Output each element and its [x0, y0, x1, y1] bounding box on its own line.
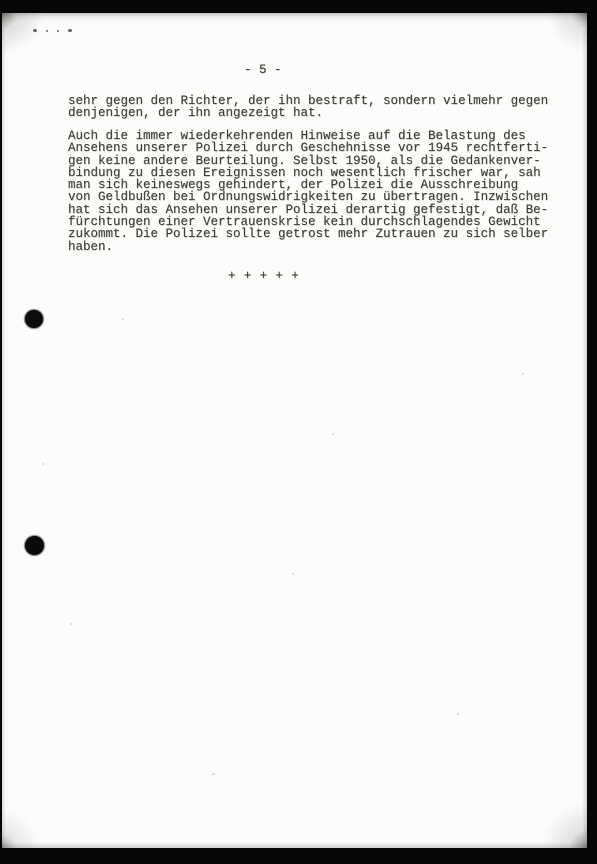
- scan-noise-speck: [522, 373, 524, 375]
- document-page: - 5 - sehr gegen den Richter, der ihn be…: [2, 13, 587, 848]
- paragraph: sehr gegen den Richter, der ihn bestraft…: [68, 95, 548, 120]
- scan-noise-speck: [457, 713, 459, 715]
- scan-noise-speck: [122, 318, 124, 320]
- paragraph: Auch die immer wiederkehrenden Hinweise …: [68, 130, 548, 253]
- scan-noise-speck: [332, 433, 334, 435]
- scan-smudge-dot: [68, 29, 72, 32]
- page-number: - 5 -: [244, 64, 282, 76]
- end-of-text-marker: + + + + +: [228, 270, 299, 282]
- scan-noise-speck: [212, 773, 215, 775]
- scan-smudge-dot: [33, 29, 37, 32]
- hole-punch-mark-bottom: [25, 536, 44, 555]
- scan-black-border: - 5 - sehr gegen den Richter, der ihn be…: [0, 0, 597, 864]
- scan-noise-speck: [70, 623, 72, 625]
- hole-punch-mark-top: [25, 310, 43, 328]
- scan-noise-speck: [42, 463, 44, 465]
- scan-smudge-dot: [46, 30, 48, 32]
- scan-smudge-dot: [57, 30, 59, 32]
- scan-noise-speck: [292, 573, 294, 575]
